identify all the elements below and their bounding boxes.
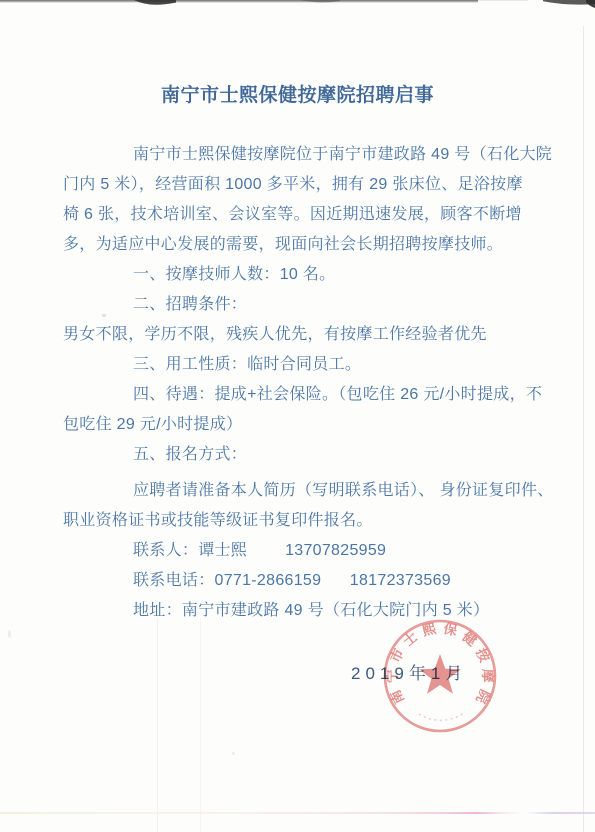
scan-fold-line [157, 618, 158, 832]
body-line: 职业资格证书或技能等级证书复印件报名。 [63, 506, 543, 536]
contact-person-line: 联系人：谭士熙 13707825959 [63, 536, 543, 566]
body-line: 门内 5 米），经营面积 1000 多平米，拥有 29 张床位、足浴按摩 [63, 170, 543, 200]
document-title: 南宁市士熙保健按摩院招聘启事 [0, 80, 595, 107]
body-line-section-5: 五、报名方式： [63, 440, 543, 470]
scan-right-edge-artifact [583, 26, 584, 832]
scan-speck [8, 630, 11, 638]
document-body: 南宁市士熙保健按摩院位于南宁市建政路 49 号（石化大院 门内 5 米），经营面… [63, 140, 543, 626]
scanned-document-page: 南宁市士熙保健按摩院招聘启事 南宁市士熙保健按摩院位于南宁市建政路 49 号（石… [0, 0, 595, 832]
body-line: 应聘者请准备本人简历（写明联系电话）、 身份证复印件、 [63, 476, 543, 506]
scan-speck [232, 752, 235, 755]
body-line: 多，为适应中心发展的需要，现面向社会长期招聘按摩技师。 [63, 230, 543, 260]
body-line: 椅 6 张，技术培训室、会议室等。因近期迅速发展，顾客不断增 [63, 200, 543, 230]
body-line-section-1: 一、按摩技师人数：10 名。 [63, 260, 543, 290]
scan-fold-line [200, 618, 201, 832]
scan-bottom-edge-artifact [0, 812, 595, 814]
seal-bottom-marks [419, 712, 465, 720]
body-line-section-2: 二、招聘条件： [63, 290, 543, 320]
body-line-section-4: 四、待遇：提成+社会保险。（包吃住 26 元/小时提成，不 [63, 380, 543, 410]
contact-phone-line: 联系电话：0771-2866159 18172373569 [63, 566, 543, 596]
scan-top-edge-artifact [0, 0, 595, 14]
body-line-section-3: 三、用工性质：临时合同员工。 [63, 350, 543, 380]
body-line: 男女不限，学历不限，残疾人优先，有按摩工作经验者优先 [63, 320, 543, 350]
body-line: 包吃住 29 元/小时提成） [63, 410, 543, 440]
body-line: 南宁市士熙保健按摩院位于南宁市建政路 49 号（石化大院 [63, 140, 543, 170]
document-date: 2019年1月 [351, 659, 467, 684]
